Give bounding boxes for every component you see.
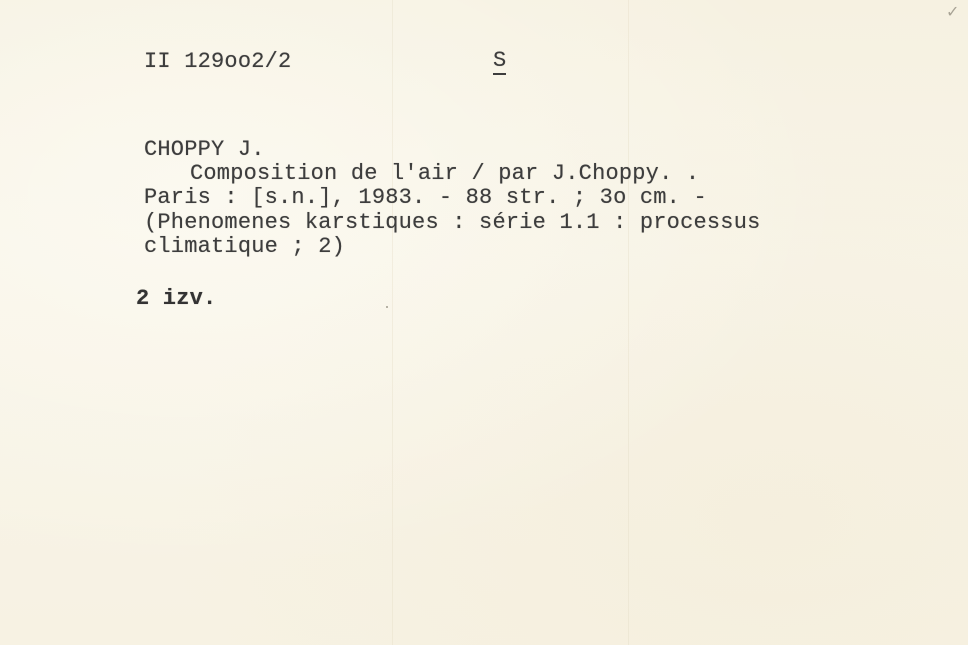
- paper-crease: [628, 0, 629, 645]
- series-statement-line-2: climatique ; 2): [144, 235, 345, 259]
- holdings-count: 2 izv.: [136, 287, 216, 311]
- imprint-statement: Paris : [s.n.], 1983. - 88 str. ; 3o cm.…: [144, 186, 707, 210]
- series-statement-line-1: (Phenomenes karstiques : série 1.1 : pro…: [144, 211, 761, 235]
- check-mark-icon: ✓: [946, 2, 959, 21]
- author-heading: CHOPPY J.: [144, 138, 265, 162]
- title-statement: Composition de l'air / par J.Choppy. .: [190, 162, 699, 186]
- catalog-card: II 129oo2/2 S CHOPPY J. Composition de l…: [0, 0, 968, 645]
- location-mark: S: [493, 50, 506, 75]
- paper-speck: [386, 306, 388, 308]
- paper-crease: [392, 0, 393, 645]
- call-number: II 129oo2/2: [144, 50, 291, 74]
